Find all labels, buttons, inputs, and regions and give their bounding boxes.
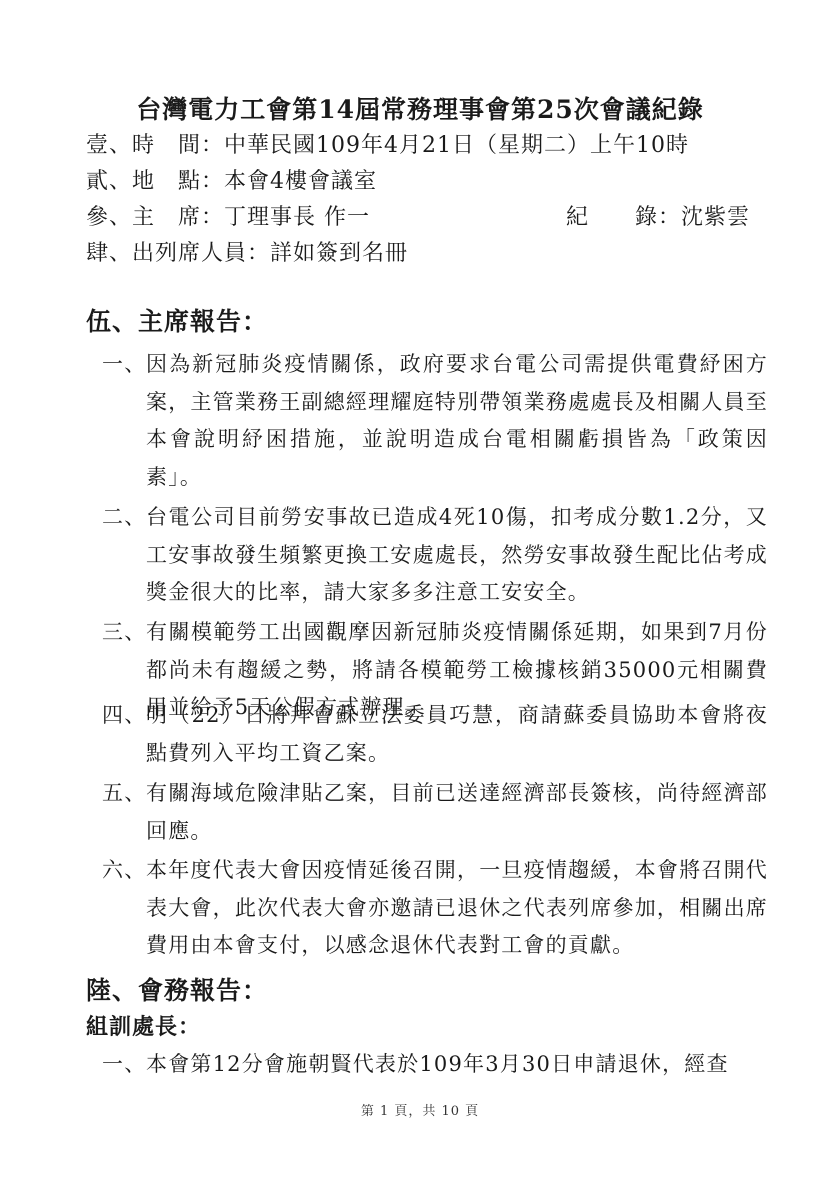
meta-place: 貳、地 點：本會4樓會議室 xyxy=(86,167,377,197)
list-item-text: 有關海域危險津貼乙案，目前已送達經濟部長簽核，尚待經濟部回應。 xyxy=(146,775,768,850)
meta-chair-value: 丁理事長 作一 xyxy=(224,205,370,230)
meta-chair-label: 參、主 席： xyxy=(86,203,224,233)
section-heading-chair-report: 伍、主席報告： xyxy=(86,306,268,338)
section-heading-affairs-report: 陸、會務報告： xyxy=(86,975,268,1007)
list-item-number: 二、 xyxy=(102,499,146,537)
meta-attendees-value: 詳如簽到名冊 xyxy=(270,241,408,266)
list-item: 四、 明（22）日將拜會蘇立法委員巧慧，商請蘇委員協助本會將夜點費列入平均工資乙… xyxy=(102,697,768,772)
list-item-number: 三、 xyxy=(102,614,146,652)
page-number-footer: 第 1 頁，共 10 頁 xyxy=(0,1100,840,1119)
list-item: 五、 有關海域危險津貼乙案，目前已送達經濟部長簽核，尚待經濟部回應。 xyxy=(102,775,768,850)
meta-recorder: 紀 錄：沈紫雲 xyxy=(566,203,750,233)
meta-recorder-label: 紀 錄： xyxy=(566,205,681,230)
list-item: 一、 本會第12分會施朝賢代表於109年3月30日申請退休，經查 xyxy=(102,1046,768,1084)
list-item: 一、 因為新冠肺炎疫情關係，政府要求台電公司需提供電費紓困方案，主管業務王副總經… xyxy=(102,346,768,496)
list-item: 六、 本年度代表大會因疫情延後召開，一旦疫情趨緩，本會將召開代表大會，此次代表大… xyxy=(102,852,768,965)
list-item-number: 一、 xyxy=(102,346,146,384)
list-item-number: 四、 xyxy=(102,697,146,735)
list-item-number: 六、 xyxy=(102,852,146,890)
list-item-text: 本會第12分會施朝賢代表於109年3月30日申請退休，經查 xyxy=(146,1046,768,1084)
list-item-number: 五、 xyxy=(102,775,146,813)
list-item-text: 本年度代表大會因疫情延後召開，一旦疫情趨緩，本會將召開代表大會，此次代表大會亦邀… xyxy=(146,852,768,965)
list-item-text: 明（22）日將拜會蘇立法委員巧慧，商請蘇委員協助本會將夜點費列入平均工資乙案。 xyxy=(146,697,768,772)
meta-place-value: 本會4樓會議室 xyxy=(224,169,377,194)
list-item-text: 因為新冠肺炎疫情關係，政府要求台電公司需提供電費紓困方案，主管業務王副總經理耀庭… xyxy=(146,346,768,496)
meta-time-value: 中華民國109年4月21日（星期二）上午10時 xyxy=(224,133,689,158)
meta-place-label: 貳、地 點： xyxy=(86,167,224,197)
document-page: 台灣電力工會第14屆常務理事會第25次會議紀錄 壹、時 間：中華民國109年4月… xyxy=(0,0,840,1188)
meta-attendees-label: 肆、出列席人員： xyxy=(86,239,270,269)
list-item-number: 一、 xyxy=(102,1046,146,1084)
meta-time-label: 壹、時 間： xyxy=(86,131,224,161)
list-item-text: 台電公司目前勞安事故已造成4死10傷，扣考成分數1.2分，又工安事故發生頻繁更換… xyxy=(146,499,768,612)
meta-time: 壹、時 間：中華民國109年4月21日（星期二）上午10時 xyxy=(86,131,689,161)
meta-recorder-value: 沈紫雲 xyxy=(681,205,750,230)
subheading-training-director: 組訓處長： xyxy=(86,1012,201,1042)
list-item: 二、 台電公司目前勞安事故已造成4死10傷，扣考成分數1.2分，又工安事故發生頻… xyxy=(102,499,768,612)
meta-attendees: 肆、出列席人員：詳如簽到名冊 xyxy=(86,239,408,269)
meta-chair: 參、主 席：丁理事長 作一 紀 錄：沈紫雲 xyxy=(86,203,766,233)
document-title: 台灣電力工會第14屆常務理事會第25次會議紀錄 xyxy=(0,94,840,126)
